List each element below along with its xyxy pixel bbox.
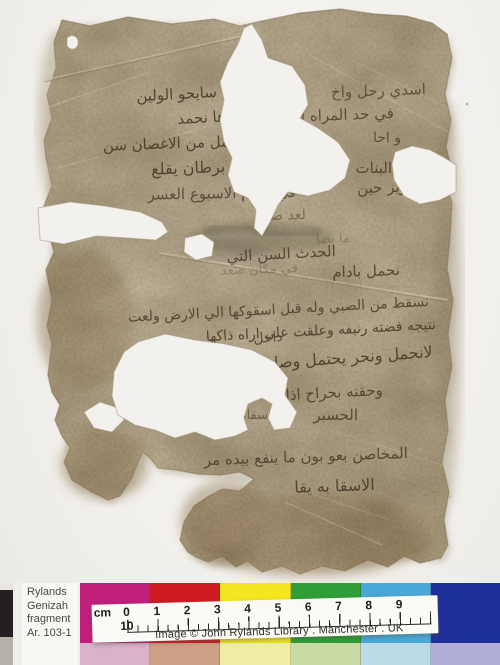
ruler-number: 9 bbox=[384, 597, 415, 612]
shelf-label-line: Ar. 103-1 bbox=[27, 627, 78, 641]
stain-top-left-edge bbox=[38, 30, 82, 210]
shelf-label-line: Genizah bbox=[27, 600, 78, 614]
fragment-svg: اسدي رحل واخسايحو الولينفي حد المراه الع… bbox=[0, 0, 500, 583]
arabic-text-line: في مكان صعد bbox=[221, 261, 299, 279]
arabic-text-line: الحسبر bbox=[312, 406, 358, 424]
manuscript-photo: اسدي رحل واخسايحو الولينفي حد المراه الع… bbox=[0, 0, 500, 665]
grayscale-strip bbox=[0, 583, 13, 665]
color-patch-pale-tan bbox=[150, 643, 220, 665]
ruler-number: 5 bbox=[263, 600, 294, 615]
arabic-text-line: البنات bbox=[356, 159, 392, 177]
color-patch-pale-green bbox=[291, 643, 361, 665]
shelf-label-line: fragment bbox=[27, 613, 78, 627]
ruler-number: 3 bbox=[202, 602, 233, 617]
ruler-number: 1 bbox=[141, 604, 172, 619]
ruler-number: 2 bbox=[172, 603, 203, 618]
arabic-text-line: و احا bbox=[373, 130, 401, 146]
color-patch-pale-blue bbox=[361, 643, 431, 665]
ruler-number: 7 bbox=[323, 599, 354, 614]
arabic-text-line: الاسقا به يقا bbox=[294, 475, 375, 497]
color-patch-dark-blue bbox=[431, 583, 500, 643]
stain-bottom-left bbox=[180, 480, 270, 564]
ruler-number: 8 bbox=[353, 598, 384, 613]
shelf-label-line: Rylands bbox=[27, 586, 78, 600]
ruler-number: 6 bbox=[293, 599, 324, 614]
ruler-number: 0 bbox=[111, 604, 142, 619]
grayscale-patch-black bbox=[0, 590, 13, 637]
hole-top-left-small bbox=[67, 36, 78, 50]
stain-left-blob bbox=[60, 430, 150, 500]
grayscale-patch-gray bbox=[0, 637, 13, 665]
shelf-label: Rylands Genizah fragment Ar. 103-1 bbox=[22, 583, 78, 665]
color-patch-pale-yellow bbox=[220, 643, 290, 665]
arabic-text-line: داخل bbox=[253, 329, 283, 347]
arabic-text-line: نحمل بادام bbox=[332, 261, 400, 281]
ruler-number: 4 bbox=[232, 601, 263, 616]
colorbar-bottom-row bbox=[80, 643, 500, 665]
color-patch-lavender bbox=[431, 643, 500, 665]
color-patch-pale-mauve bbox=[80, 643, 150, 665]
dust-speck bbox=[466, 103, 469, 106]
